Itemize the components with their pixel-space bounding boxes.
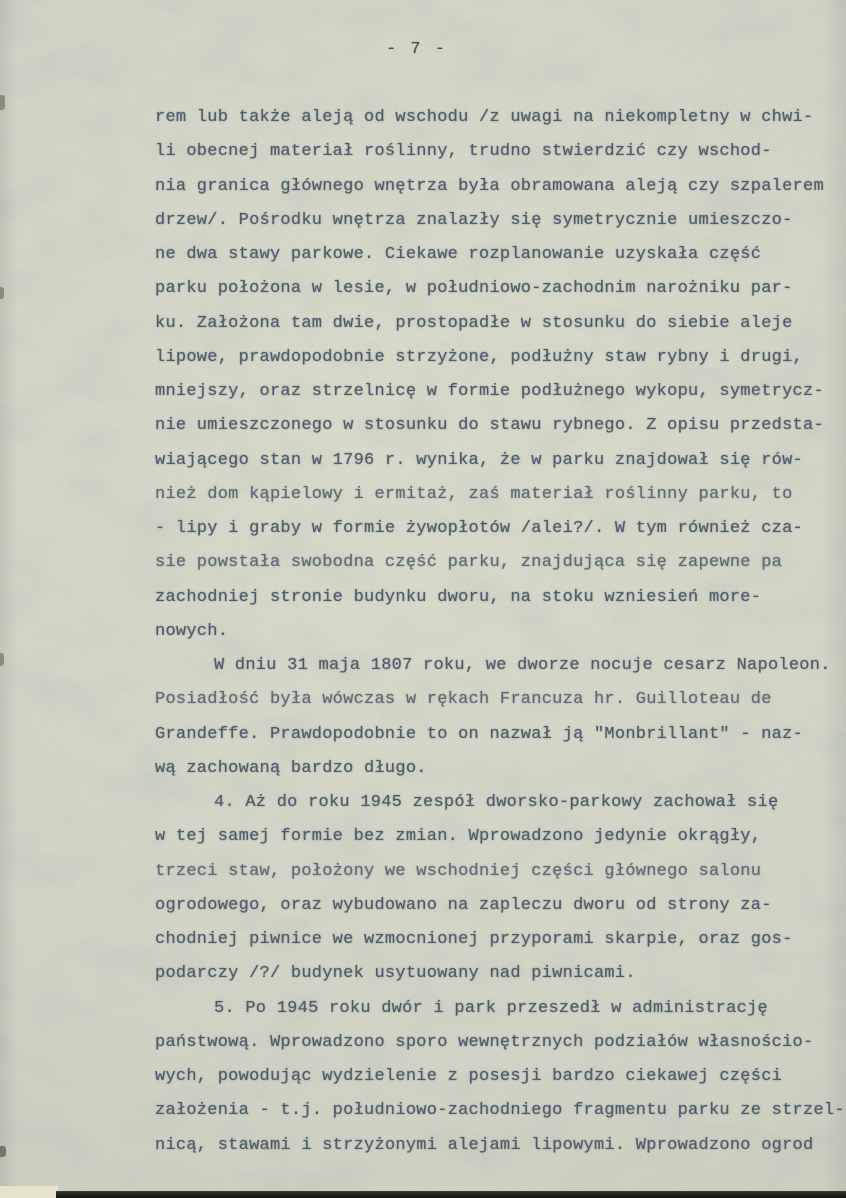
text-line: Grandeffe. Prawdopodobnie to on nazwał j… [155, 718, 845, 752]
text-line: ogrodowego, oraz wybudowano na zapleczu … [155, 889, 845, 923]
text-line: lipowe, prawdopodobnie strzyżone, podłuż… [155, 341, 845, 375]
text-line: nicą, stawami i strzyżonymi alejami lipo… [155, 1129, 845, 1163]
text-line: w tej samej formie bez zmian. Wprowadzon… [155, 820, 845, 854]
text-line: sie powstała swobodna część parku, znajd… [155, 546, 845, 580]
text-line: chodniej piwnice we wzmocnionej przypora… [155, 923, 845, 957]
text-line: zachodniej stronie budynku dworu, na sto… [155, 581, 845, 615]
text-line: 5. Po 1945 roku dwór i park przeszedł w … [155, 992, 845, 1026]
text-line: W dniu 31 maja 1807 roku, we dworze nocu… [155, 649, 845, 683]
text-line: 4. Aż do roku 1945 zespół dworsko-parkow… [155, 786, 845, 820]
text-line: państwową. Wprowadzono sporo wewnętrznyc… [155, 1026, 845, 1060]
scan-edge-band [56, 1191, 846, 1198]
text-line: li obecnej materiał roślinny, trudno stw… [155, 135, 845, 169]
text-line: Posiadłość była wówczas w rękach Francuz… [155, 683, 845, 717]
text-line: wych, powodując wydzielenie z posesji ba… [155, 1060, 845, 1094]
scan-edge-notch [0, 1186, 58, 1198]
text-line: - lipy i graby w formie żywopłotów /alei… [155, 512, 845, 546]
document-body: rem lub także aleją od wschodu /z uwagi … [155, 101, 845, 1163]
text-line: nia granica głównego wnętrza była obramo… [155, 170, 845, 204]
text-line: założenia - t.j. południowo-zachodniego … [155, 1094, 845, 1128]
text-line: ku. Założona tam dwie, prostopadłe w sto… [155, 307, 845, 341]
text-line: nie umieszczonego w stosunku do stawu ry… [155, 409, 845, 443]
text-line: trzeci staw, położony we wschodniej częś… [155, 855, 845, 889]
text-line: rem lub także aleją od wschodu /z uwagi … [155, 101, 845, 135]
scan-artifact [0, 287, 4, 299]
text-line: wiającego stan w 1796 r. wynika, że w pa… [155, 444, 845, 478]
scan-artifact [0, 95, 5, 110]
scan-artifact [0, 1146, 6, 1157]
text-line: nież dom kąpielowy i ermitaż, zaś materi… [155, 478, 845, 512]
text-line: podarczy /?/ budynek usytuowany nad piwn… [155, 957, 845, 991]
text-line: ne dwa stawy parkowe. Ciekawe rozplanowa… [155, 238, 845, 272]
text-line: parku położona w lesie, w południowo-zac… [155, 272, 845, 306]
page-number: - 7 - [386, 40, 447, 59]
text-line: drzew/. Pośrodku wnętrza znalazły się sy… [155, 204, 845, 238]
scan-artifact [0, 653, 4, 666]
text-line: mniejszy, oraz strzelnicę w formie podłu… [155, 375, 845, 409]
text-line: nowych. [155, 615, 845, 649]
scanned-page: - 7 - rem lub także aleją od wschodu /z … [0, 0, 846, 1198]
text-line: wą zachowaną bardzo długo. [155, 752, 845, 786]
